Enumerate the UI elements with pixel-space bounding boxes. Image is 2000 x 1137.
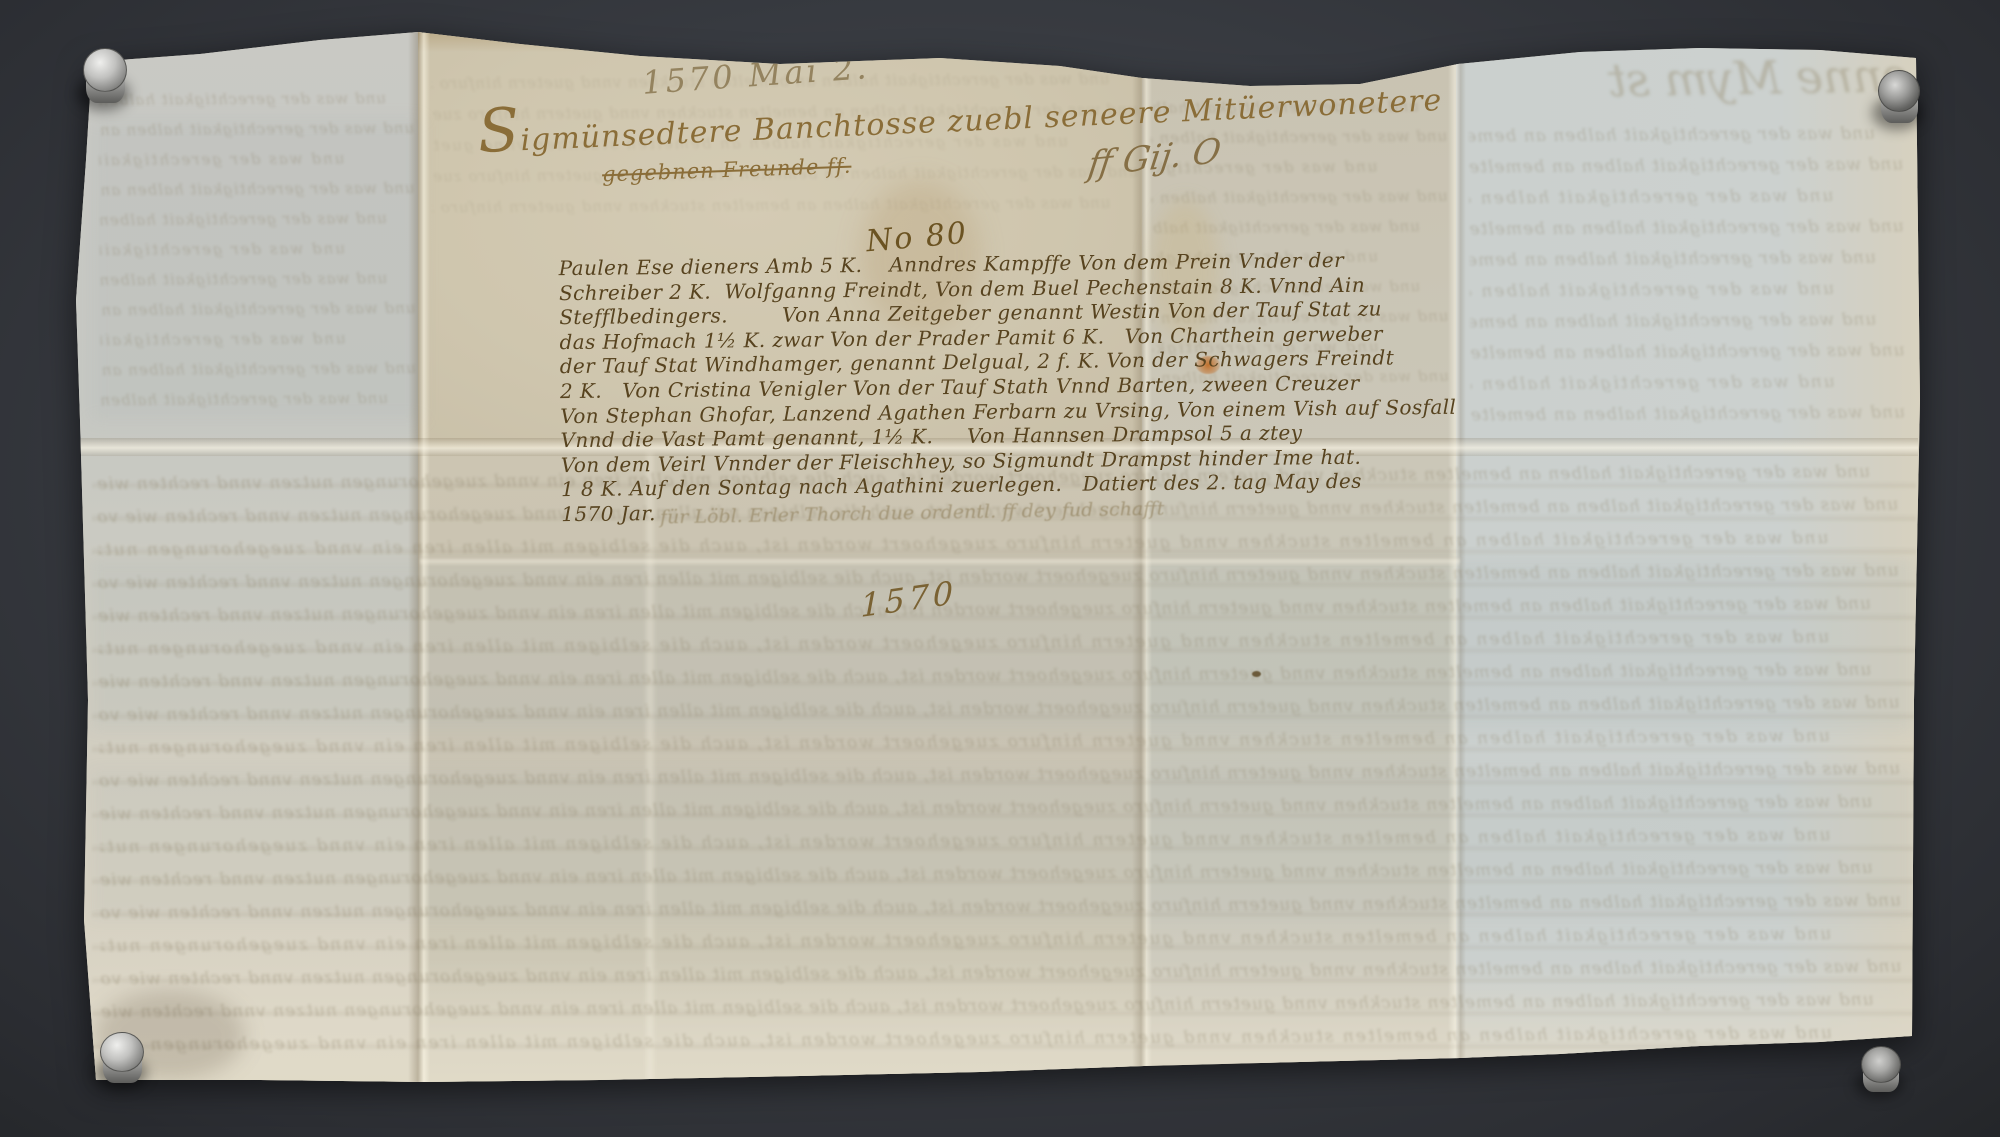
bleedthrough-block-bottom: und was der gerechtigkait halben an beme… <box>98 456 1902 1075</box>
parchment-document: und was der gerechtigkait halben an beme… <box>0 0 2000 1137</box>
bleedthrough-line: und was der gerechtigkait halben an beme… <box>1470 274 1834 308</box>
corner-weight-top-right <box>1878 70 1920 118</box>
bleedthrough-line: und was der gerechtigkait halben an beme… <box>99 173 414 205</box>
bleedthrough-line: und was der gerechtigkait halben an beme… <box>1469 119 1875 153</box>
bleedthrough-line: und was der gerechtigkait halben an beme… <box>101 383 388 415</box>
bleedthrough-line: und was der gerechtigkait halben an beme… <box>99 83 386 115</box>
photo-background: und was der gerechtigkait halben an beme… <box>0 0 2000 1137</box>
bleedthrough-line: und was der gerechtigkait halben an beme… <box>1470 305 1876 339</box>
bleedthrough-line: und was der gerechtigkait halben an beme… <box>101 353 416 385</box>
bleedthrough-block-left: und was der gerechtigkait halben an beme… <box>99 83 416 437</box>
bleedthrough-line: und was der gerechtigkait halben an beme… <box>99 113 414 145</box>
bleedthrough-line: und was der gerechtigkait halben an beme… <box>100 293 415 325</box>
weight-face <box>1861 1046 1901 1083</box>
weight-face <box>83 48 127 92</box>
bleedthrough-line: und was der gerechtigkait halben an beme… <box>100 323 345 355</box>
bleedthrough-line: und was der gerechtigkait halben an beme… <box>432 188 1110 224</box>
bleedthrough-line: und was der gerechtigkait halben an beme… <box>100 233 345 265</box>
bleedthrough-line: und was der gerechtigkait halben an beme… <box>1471 397 1905 431</box>
bleedthrough-header-right: onne Mym st <box>1468 48 1911 110</box>
weight-face <box>1878 70 1920 112</box>
bleedthrough-line: und was der gerechtigkait halben an beme… <box>100 263 387 295</box>
body-text: Paulen Ese dieners Amb 5 K. Anndres Kamp… <box>559 248 1352 527</box>
bleedthrough-line: und was der gerechtigkait halben an beme… <box>1470 243 1876 277</box>
corner-weight-bottom-left <box>100 1032 144 1078</box>
ink-fleck <box>1252 671 1261 677</box>
bleedthrough-line: und was der gerechtigkait halben an beme… <box>1470 335 1904 369</box>
bleedthrough-line: und was der gerechtigkait halben an beme… <box>1469 149 1903 183</box>
parchment-wrapper: und was der gerechtigkait halben an beme… <box>0 0 2000 1137</box>
bleedthrough-line: und was der gerechtigkait halben an beme… <box>100 203 387 235</box>
corner-weight-bottom-right <box>1861 1046 1901 1088</box>
top-edge-curl <box>418 28 1146 52</box>
bleedthrough-line: und was der gerechtigkait halben an beme… <box>1471 367 1835 401</box>
corner-weight-top-left <box>83 48 127 98</box>
bleedthrough-line: und was der gerechtigkait halben an beme… <box>1469 181 1833 215</box>
bleedthrough-block-right: und was der gerechtigkait halben an beme… <box>1469 118 1905 441</box>
bleedthrough-line: und was der gerechtigkait halben an beme… <box>1470 211 1904 245</box>
bleedthrough-line: und was der gerechtigkait halben an beme… <box>99 143 344 175</box>
